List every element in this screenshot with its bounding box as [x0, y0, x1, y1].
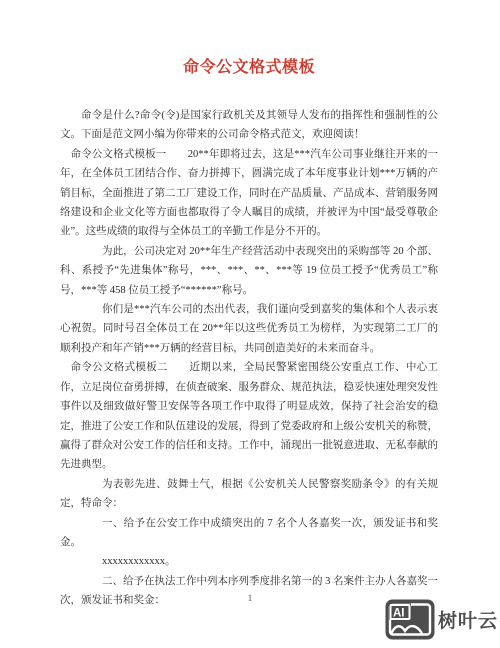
paragraph-template-one: 命令公文格式模板一 20**年即将过去，这是***汽车公司事业继往开来的一年，在… — [60, 145, 438, 242]
document-page: 命令公文格式模板 命令是什么?命令(令)是国家行政机关及其领导人发布的指挥性和强… — [0, 0, 500, 648]
paragraph-placeholder-names: xxxxxxxxxxxx。 — [60, 552, 438, 571]
photo-ai-logo-icon: AI — [385, 599, 435, 640]
watermark: AI 树叶云 — [385, 599, 498, 640]
brand-name: 树叶云 — [438, 606, 498, 633]
document-body: 命令公文格式模板 命令是什么?命令(令)是国家行政机关及其领导人发布的指挥性和强… — [60, 57, 438, 611]
paragraph-award-decision: 为此，公司决定对 20**年生产经营活动中表现突出的采购部等 20 个部、科、系… — [60, 242, 438, 300]
paragraph-item-one: 一、给予在公安工作中成绩突出的 7 名个人各嘉奖一次，颁发证书和奖金。 — [60, 514, 438, 553]
svg-text:AI: AI — [393, 608, 405, 620]
paragraph-commendation-order: 为表彰先进、鼓舞士气，根据《公安机关人民警察奖励条令》的有关规定，特命令： — [60, 475, 438, 514]
paragraph-congratulations: 你们是***汽车公司的杰出代表，我们谨向受到嘉奖的集体和个人表示衷心祝贺。同时号… — [60, 300, 438, 358]
page-title: 命令公文格式模板 — [60, 57, 438, 79]
paragraph-item-two: 二、给予在执法工作中列本序列季度排名第一的 3 名案件主办人各嘉奖一次，颁发证书… — [60, 572, 438, 611]
paragraph-template-two: 命令公文格式模板二 近期以来，全局民警紧密围绕公安重点工作、中心工作，立足岗位奋… — [60, 358, 438, 474]
paragraph-intro: 命令是什么?命令(令)是国家行政机关及其领导人发布的指挥性和强制性的公文。下面是… — [60, 106, 438, 145]
